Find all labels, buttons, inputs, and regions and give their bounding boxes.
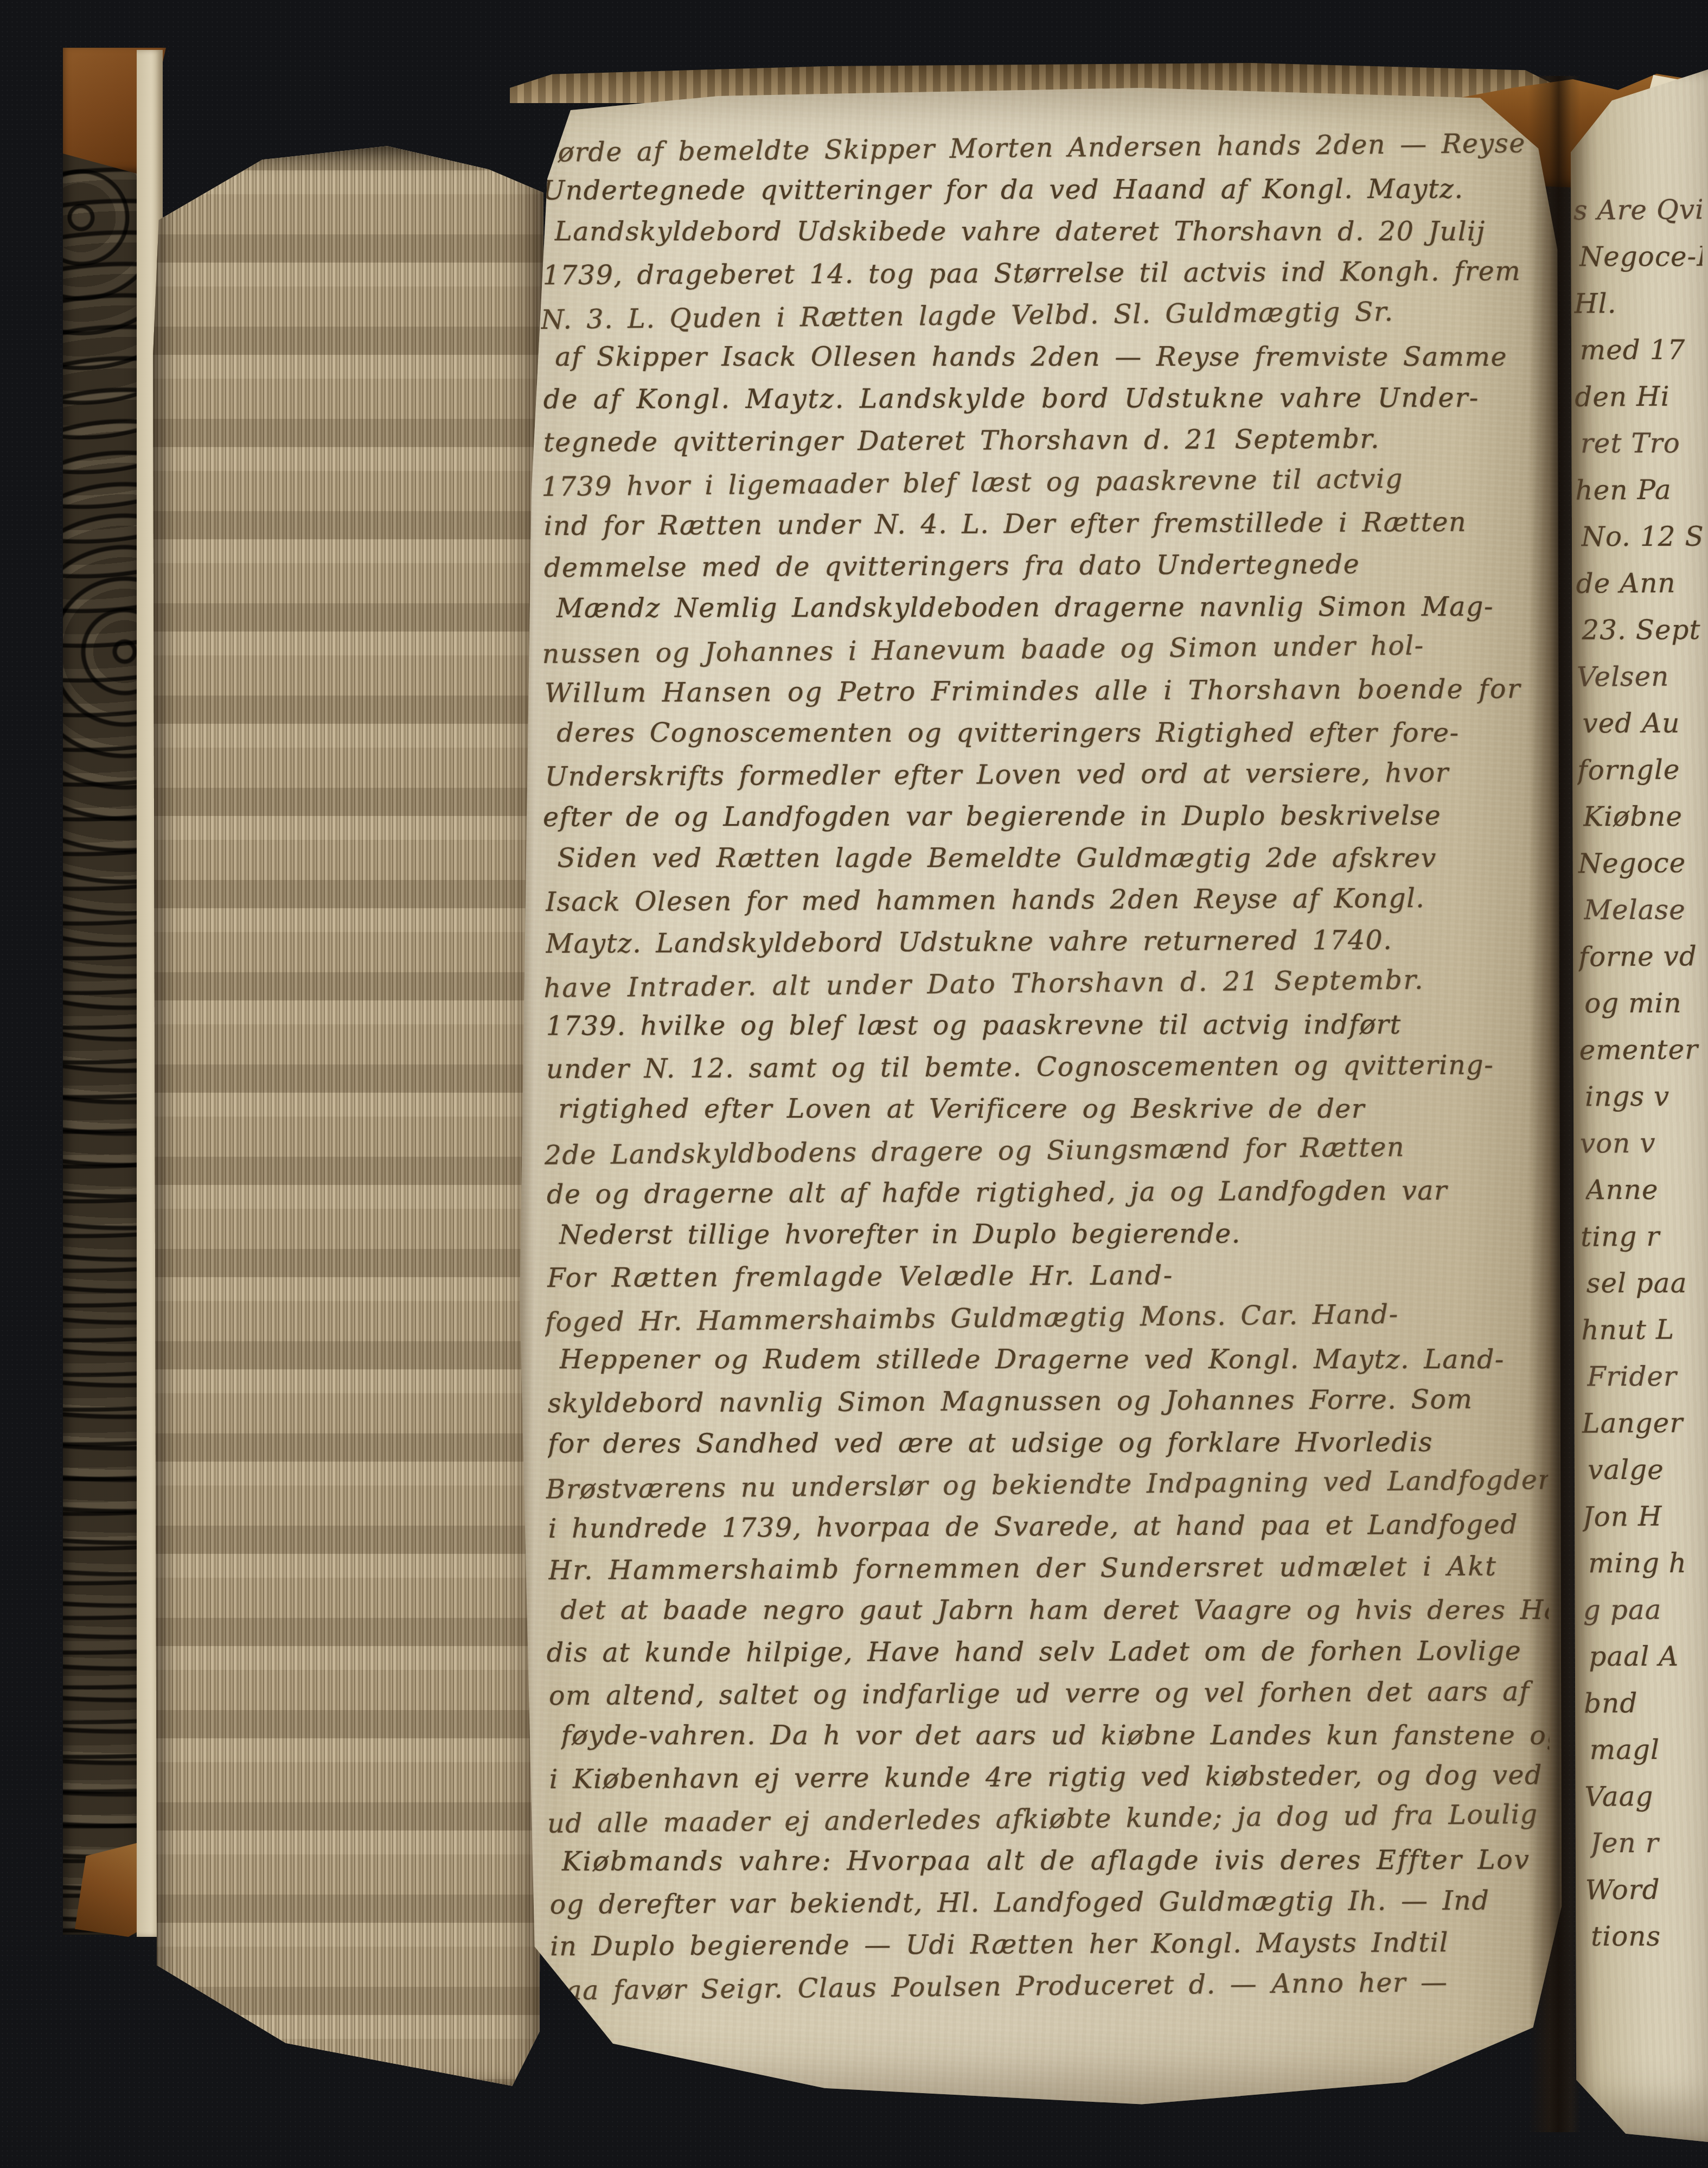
- manuscript-line: og derefter var bekiendt, Hl. Landfoged …: [550, 1879, 1550, 1925]
- right-page-line: ting r: [1581, 1213, 1708, 1260]
- manuscript-line: Heppener og Rudem stillede Dragerne ved …: [559, 1338, 1547, 1380]
- manuscript-line: ind for Rætten under N. 4. L. Der efter …: [543, 501, 1544, 547]
- right-page-line: Langer: [1582, 1399, 1708, 1447]
- manuscript-line: foged Hr. Hammershaimbs Guldmægtig Mons.…: [545, 1292, 1548, 1343]
- manuscript-line: under N. 12. samt og til bemte. Cognosce…: [546, 1044, 1546, 1090]
- manuscript-line: for deres Sandhed ved ære at udsige og f…: [548, 1421, 1548, 1464]
- right-page-line: g paa: [1583, 1586, 1708, 1634]
- manuscript-line: dis at kunde hilpige, Have hand selv Lad…: [547, 1630, 1549, 1673]
- right-page-line: magl: [1590, 1726, 1708, 1773]
- manuscript-line: N. 3. L. Quden i Rætten lagde Velbd. Sl.…: [541, 289, 1544, 341]
- manuscript-line: af Skipper Isack Ollesen hands 2den — Re…: [555, 336, 1543, 378]
- right-page-line: von v: [1580, 1119, 1708, 1167]
- manuscript-text-block: Førde af bemeldte Skipper Morten Anderse…: [542, 125, 1550, 2009]
- right-page-line: 23. Sept: [1582, 607, 1705, 653]
- fore-edge-page-stack: [153, 142, 543, 2090]
- manuscript-line: efter de og Landfogden var begierende in…: [543, 794, 1545, 838]
- right-page-line: Negoce-B: [1579, 233, 1702, 280]
- manuscript-line: Maytz. Landskyldebord Udstukne vahre ret…: [546, 919, 1546, 965]
- right-page-line: forngle: [1577, 746, 1706, 794]
- right-page-line: No. 12 Sep: [1581, 513, 1704, 560]
- manuscript-line: Førde af bemeldte Skipper Morten Anderse…: [540, 122, 1543, 174]
- right-page-line: hen Pa: [1575, 466, 1704, 514]
- manuscript-line: føyde-vahren. Da h vor det aars ud kiøbn…: [561, 1714, 1549, 1756]
- manuscript-line: om altend, saltet og indfarlige ud verre…: [549, 1670, 1549, 1717]
- right-page-line: ved Au: [1582, 700, 1705, 747]
- manuscript-line: tegnede qvitteringer Dateret Thorshavn d…: [543, 417, 1544, 463]
- right-page-line: Word: [1585, 1866, 1708, 1914]
- manuscript-line: 1739 hvor i ligemaader blef læst og paas…: [541, 456, 1544, 508]
- right-page-line: tions: [1591, 1913, 1708, 1960]
- manuscript-line: Siden ved Rætten lagde Bemeldte Guldmægt…: [557, 837, 1545, 879]
- manuscript-line: Undertegnede qvitteringer for da ved Haa…: [542, 168, 1543, 211]
- manuscript-line: in Duplo begierende — Udi Rætten her Kon…: [550, 1921, 1550, 1967]
- manuscript-line: Hr. Hammershaimb fornemmen der Sundersre…: [548, 1545, 1549, 1591]
- manuscript-line: 1739, drageberet 14. tog paa Størrelse t…: [542, 250, 1543, 296]
- manuscript-line: nussen og Johannes i Hanevum baade og Si…: [542, 623, 1545, 675]
- right-page-line: paal A: [1589, 1633, 1708, 1680]
- manuscript-line: demmelse med de qvitteringers fra dato U…: [544, 543, 1544, 589]
- manuscript-line: i Kiøbenhavn ej verre kunde 4re rigtig v…: [549, 1754, 1550, 1800]
- right-page-line: med 17: [1580, 327, 1703, 373]
- right-manuscript-page: s Are QviNegoce-BHl.med 17den Hiret Troh…: [1571, 69, 1708, 2142]
- manuscript-line: Mændz Nemlig Landskyldeboden dragerne na…: [556, 585, 1544, 629]
- right-page-line: bnd: [1584, 1679, 1708, 1727]
- right-page-line: Jon H: [1582, 1493, 1708, 1540]
- right-page-line: de Ann: [1576, 559, 1705, 607]
- right-page-line: s Are Qvi: [1573, 186, 1703, 234]
- manuscript-line: skyldebord navnlig Simon Magnussen og Jo…: [548, 1378, 1548, 1424]
- right-page-line: ret Tro: [1581, 420, 1704, 467]
- right-page-line: ings v: [1585, 1073, 1708, 1120]
- manuscript-line: have Intrader. alt under Dato Thorshavn …: [543, 958, 1546, 1009]
- manuscript-line: For Rætten fremlagde Velædle Hr. Land-: [547, 1253, 1547, 1299]
- right-page-line: Melase: [1584, 887, 1707, 933]
- manuscript-line: de af Kongl. Maytz. Landskylde bord Udst…: [543, 377, 1544, 420]
- right-page-line: Hl.: [1574, 279, 1703, 327]
- manuscript-line: ud alle maader ej anderledes afkiøbte ku…: [547, 1793, 1550, 1845]
- manuscript-line: Landskyldebord Udskibede vahre dateret T…: [554, 211, 1543, 252]
- right-page-line: Vaag: [1584, 1772, 1708, 1820]
- manuscript-line: Nederst tillige hvorefter in Duplo begie…: [559, 1212, 1547, 1255]
- right-page-line: Frider: [1587, 1353, 1708, 1400]
- manuscript-line: deres Cognoscementen og qvitteringers Ri…: [556, 712, 1545, 754]
- right-page-line: valge: [1588, 1446, 1708, 1493]
- manuscript-line: 1739. hvilke og blef læst og paaskrevne …: [546, 1003, 1546, 1047]
- right-page-line: hnut L: [1581, 1306, 1708, 1354]
- right-page-line: Jen r: [1590, 1820, 1708, 1866]
- right-page-line: Negoce: [1578, 839, 1707, 887]
- right-page-line: sel paa: [1587, 1260, 1708, 1306]
- right-page-line: Kiøbne: [1583, 793, 1706, 840]
- manuscript-line: Underskrifts formedler efter Loven ved o…: [545, 751, 1545, 798]
- right-page-line: ementer: [1579, 1026, 1708, 1074]
- manuscript-line: paa favør Seigr. Claus Poulsen Producere…: [548, 1960, 1551, 2012]
- right-page-line: forne vd: [1578, 933, 1707, 980]
- manuscript-line: det at baade negro gaut Jabrn ham deret …: [560, 1589, 1549, 1631]
- manuscript-line: de og dragerne alt af hafde rigtighed, j…: [547, 1169, 1547, 1215]
- manuscript-line: Brøstværens nu underslør og bekiendte In…: [546, 1459, 1549, 1510]
- right-page-text-block: s Are QviNegoce-BHl.med 17den Hiret Troh…: [1573, 186, 1708, 1960]
- right-page-line: ming h: [1588, 1540, 1708, 1586]
- manuscript-line: 2de Landskyldbodens dragere og Siungsmæn…: [544, 1125, 1547, 1176]
- right-page-line: og min: [1584, 980, 1707, 1026]
- main-manuscript-page: Førde af bemeldte Skipper Morten Anderse…: [507, 88, 1565, 2108]
- manuscript-line: Willum Hansen og Petro Frimindes alle i …: [545, 668, 1545, 714]
- marbled-endpaper: [63, 48, 145, 1935]
- right-page-line: den Hi: [1575, 373, 1704, 420]
- manuscript-line: rigtighed efter Loven at Verificere og B…: [558, 1088, 1546, 1130]
- manuscript-line: i hundrede 1739, hvorpaa de Svarede, at …: [548, 1503, 1549, 1550]
- manuscript-line: Kiøbmands vahre: Hvorpaa alt de aflagde …: [561, 1839, 1550, 1882]
- right-page-line: Anne: [1585, 1166, 1708, 1213]
- manuscript-line: Isack Olesen for med hammen hands 2den R…: [545, 877, 1545, 923]
- right-page-line: Velsen: [1577, 653, 1706, 700]
